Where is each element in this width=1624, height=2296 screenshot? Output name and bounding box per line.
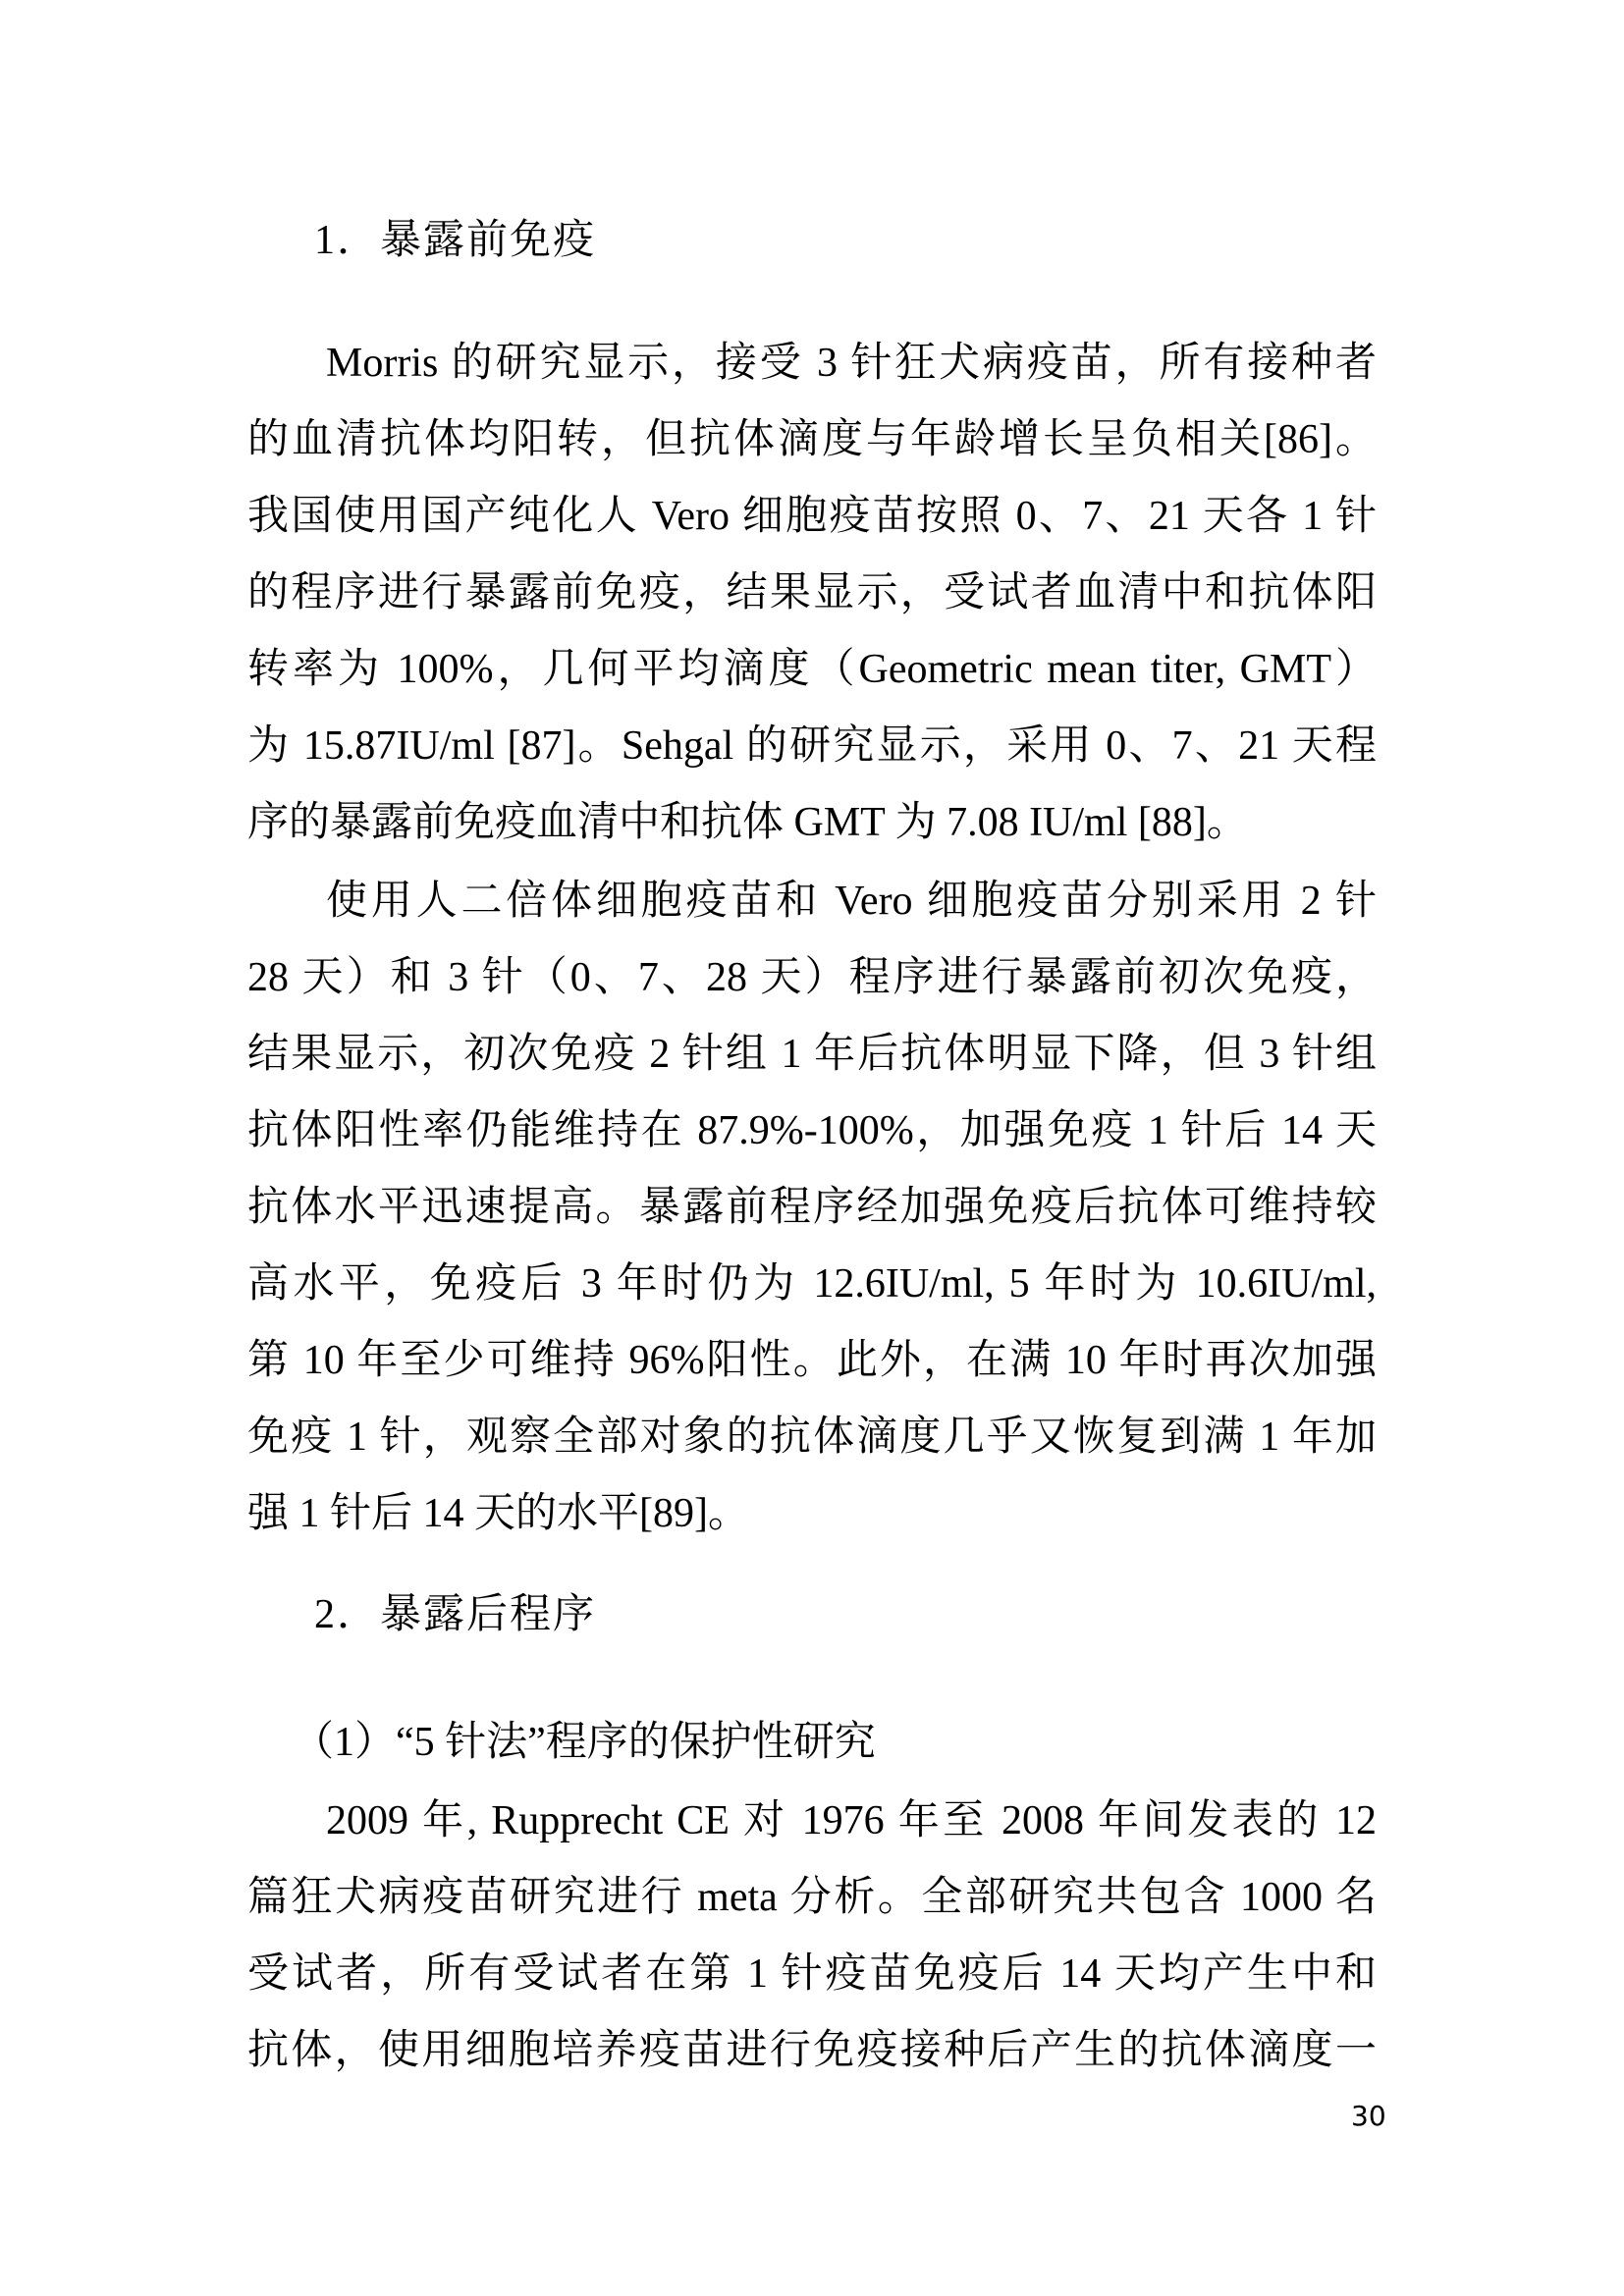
subsection-heading-five-dose: （1）“5 针法”程序的保护性研究 — [293, 1704, 1377, 1781]
text-line: 转率为 100%，几何平均滴度（Geometric mean titer, GM… — [247, 631, 1377, 708]
text-line: 使用人二倍体细胞疫苗和 Vero 细胞疫苗分别采用 2 针（0、 — [247, 863, 1377, 939]
text-line: 的血清抗体均阳转，但抗体滴度与年龄增长呈负相关[86]。 — [247, 401, 1377, 478]
text-line: 为 15.87IU/ml [87]。Sehgal 的研究显示，采用 0、7、21… — [247, 708, 1377, 784]
text-line: 受试者，所有受试者在第 1 针疫苗免疫后 14 天均产生中和 — [247, 1936, 1377, 2012]
text-line: 第 10 年至少可维持 96%阳性。此外，在满 10 年时再次加强 — [247, 1322, 1377, 1399]
text-line: Morris 的研究显示，接受 3 针狂犬病疫苗，所有接种者 — [247, 325, 1377, 401]
section-heading-pre-exposure: 1．暴露前免疫 — [314, 202, 1377, 279]
text-line: 我国使用国产纯化人 Vero 细胞疫苗按照 0、7、21 天各 1 针 — [247, 478, 1377, 555]
text-line: 免疫 1 针，观察全部对象的抗体滴度几乎又恢复到满 1 年加 — [247, 1399, 1377, 1475]
document-content: 1．暴露前免疫 Morris 的研究显示，接受 3 针狂犬病疫苗，所有接种者 的… — [247, 0, 1377, 2089]
text-line: 抗体水平迅速提高。暴露前程序经加强免疫后抗体可维持较 — [247, 1169, 1377, 1246]
document-page: 1．暴露前免疫 Morris 的研究显示，接受 3 针狂犬病疫苗，所有接种者 的… — [0, 0, 1624, 2296]
paragraph-rupprecht-meta: 2009 年, Rupprecht CE 对 1976 年至 2008 年间发表… — [247, 1783, 1377, 2089]
text-line: 高水平，免疫后 3 年时仍为 12.6IU/ml, 5 年时为 10.6IU/m… — [247, 1246, 1377, 1322]
text-line: 的程序进行暴露前免疫，结果显示，受试者血清中和抗体阳 — [247, 555, 1377, 631]
text-line: 结果显示，初次免疫 2 针组 1 年后抗体明显下降，但 3 针组 — [247, 1016, 1377, 1093]
page-number: 30 — [1351, 2103, 1386, 2130]
text-line: 序的暴露前免疫血清中和抗体 GMT 为 7.08 IU/ml [88]。 — [247, 784, 1377, 861]
text-line: 2009 年, Rupprecht CE 对 1976 年至 2008 年间发表… — [247, 1783, 1377, 1859]
section-heading-post-exposure: 2．暴露后程序 — [314, 1576, 1377, 1653]
text-line: 强 1 针后 14 天的水平[89]。 — [247, 1475, 1377, 1552]
paragraph-morris-study: Morris 的研究显示，接受 3 针狂犬病疫苗，所有接种者 的血清抗体均阳转，… — [247, 325, 1377, 861]
text-line: 抗体阳性率仍能维持在 87.9%-100%，加强免疫 1 针后 14 天 — [247, 1093, 1377, 1169]
text-line: 篇狂犬病疫苗研究进行 meta 分析。全部研究共包含 1000 名 — [247, 1859, 1377, 1936]
text-line: 28 天）和 3 针（0、7、28 天）程序进行暴露前初次免疫， — [247, 939, 1377, 1016]
paragraph-diploid-vero-study: 使用人二倍体细胞疫苗和 Vero 细胞疫苗分别采用 2 针（0、 28 天）和 … — [247, 863, 1377, 1552]
text-line: 抗体，使用细胞培养疫苗进行免疫接种后产生的抗体滴度一 — [247, 2012, 1377, 2089]
